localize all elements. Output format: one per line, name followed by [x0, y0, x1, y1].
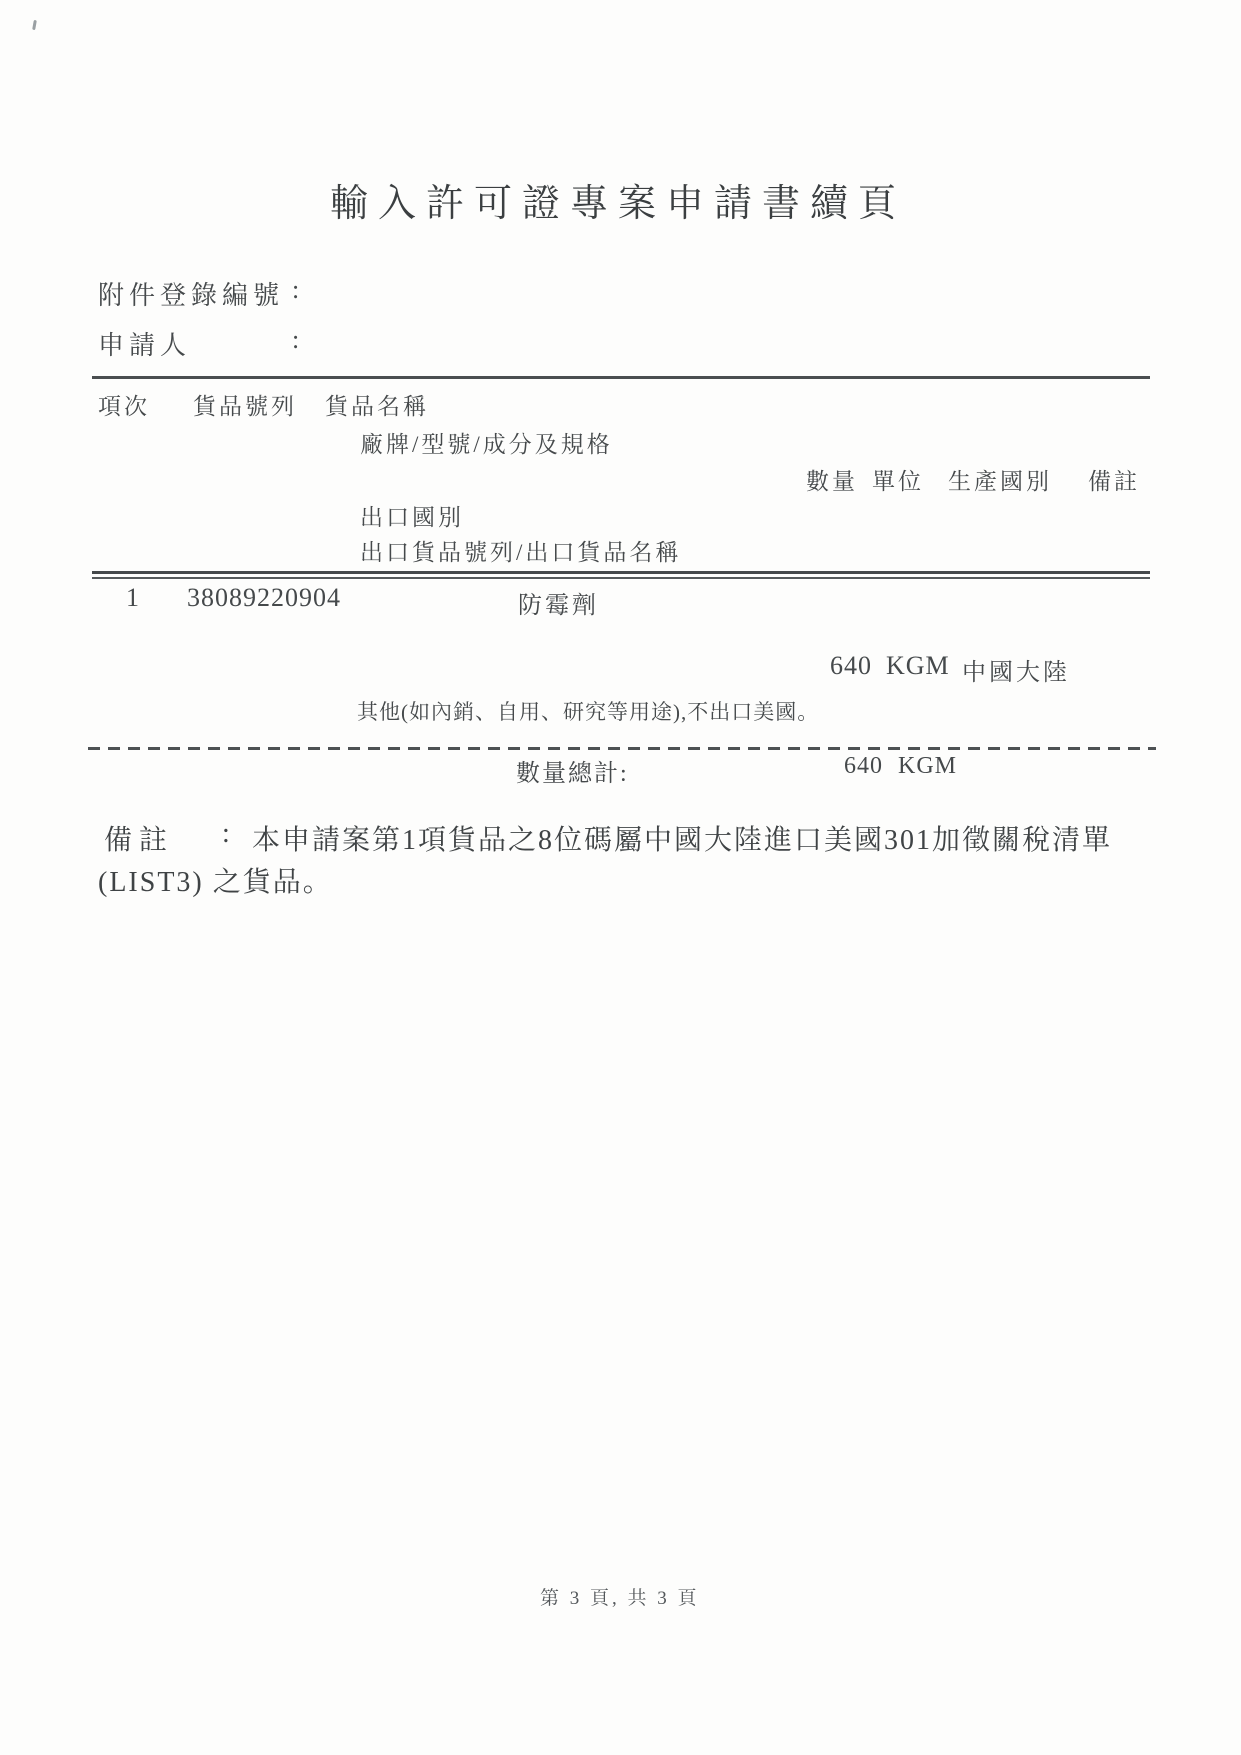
total-quantity-unit: KGM — [898, 753, 957, 780]
col-header-origin: 生產國別 — [948, 463, 1052, 496]
page-title: 輸入許可證專案申請書續頁 — [330, 172, 906, 227]
attachment-number-label: 附件登錄編號 — [98, 275, 284, 312]
col-header-code: 貨品號列 — [193, 388, 297, 421]
col-header-export-country: 出口國別 — [360, 499, 464, 532]
total-quantity-value: 640 — [844, 753, 883, 780]
total-quantity-label: 數量總計: — [516, 753, 629, 788]
col-header-export-code-name: 出口貨品號列/出口貨品名稱 — [360, 534, 681, 567]
table-header-rule — [92, 571, 1150, 579]
row-quantity: 640 — [830, 651, 872, 681]
col-header-note: 備註 — [1088, 463, 1140, 496]
row-origin-country: 中國大陸 — [962, 652, 1070, 687]
remarks-line1: 本申請案第1項貨品之8位碼屬中國大陸進口美國301加徵關稅清單 — [252, 818, 1112, 858]
row-unit: KGM — [886, 651, 950, 681]
applicant-colon: : — [292, 325, 299, 355]
col-header-qty: 數量 — [806, 463, 858, 496]
remarks-line2: (LIST3) 之貨品。 — [98, 860, 333, 900]
col-header-item: 項次 — [98, 388, 150, 421]
row-item-number: 1 — [126, 583, 140, 613]
row-commodity-name: 防霉劑 — [518, 585, 599, 620]
table-top-rule — [92, 376, 1150, 379]
scan-artifact — [32, 20, 37, 30]
total-dashed-rule — [88, 747, 1156, 750]
page-number-info: 第 3 頁, 共 3 頁 — [540, 1583, 700, 1610]
row-export-note: 其他(如內銷、自用、研究等用途),不出口美國。 — [357, 696, 819, 726]
col-header-unit: 單位 — [872, 463, 924, 496]
applicant-label: 申請人 — [98, 325, 191, 362]
remarks-label: 備註 — [104, 818, 174, 858]
scanned-document-page: 輸入許可證專案申請書續頁 附件登錄編號 : 申請人 : 項次 貨品號列 貨品名稱… — [0, 0, 1241, 1755]
col-header-spec: 廠牌/型號/成分及規格 — [360, 426, 613, 459]
row-commodity-code: 38089220904 — [187, 583, 341, 613]
attachment-number-colon: : — [292, 275, 299, 305]
col-header-name: 貨品名稱 — [325, 388, 429, 421]
remarks-colon: : — [222, 818, 232, 850]
